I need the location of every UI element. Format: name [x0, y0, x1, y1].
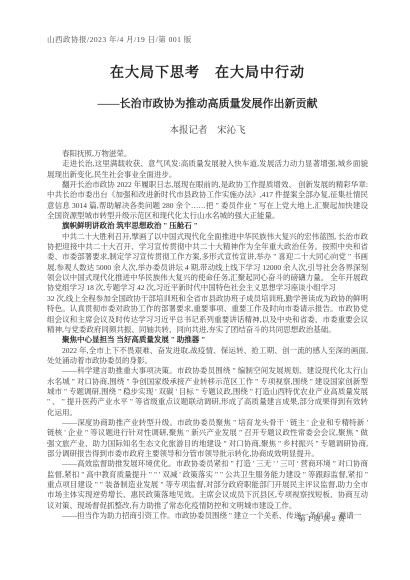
article-paragraph: 走进长治,这里满载收获、意气风发:高质量发展驶入快车道,发展活力动力显著增强,城… — [47, 159, 368, 180]
article-paragraph: ——深度协商助推产业转型升级。市政协委员聚焦 " 培育龙头骨干 ' 链主 ' 企… — [47, 418, 368, 459]
page-title: 在大局下思考 在大局中行动 — [47, 62, 368, 82]
article-subtitle: ——长治市政协为推动高质量发展作出新贡献 — [47, 95, 368, 111]
article-paragraph: 2022 年,全市上下不畏艰难、奋发进取,战疫情、保运转、抢工期、创一流的感人至… — [47, 346, 368, 367]
masthead: 山西政协报/2023 年/4 月/19 日/第 001 版 — [47, 34, 368, 45]
page-indicator: 第 1 页 共 2 页 — [298, 513, 345, 524]
article-paragraph: ——高效监督助推发展环境优化。市政协委员紧扣 " 打造 ' 三无 ' ' 三可 … — [47, 459, 368, 511]
article-paragraph: 春阳抚照,万物滋荣。 — [47, 149, 368, 159]
article-paragraph: 中共二十大胜利召开,擘画了以中国式现代化全面推进中华民族伟大复兴的宏伟蓝图, 长… — [47, 232, 368, 294]
article-paragraph: 翻开长治市政协 2022 年履职日志,展现在眼前的,是政协工作提质增效、 创新发… — [47, 180, 368, 221]
section-heading: 旗帜鲜明讲政治 筑牢思想政治 " 压舱石 " — [47, 221, 368, 231]
byline: 本报记者 宋沁飞 — [47, 122, 368, 136]
article-paragraph: 32 次,线上全程参加全国政协干部培训班和全省市县政协班子成员培训班,勤学善读成… — [47, 294, 368, 335]
article-paragraph: ——科学建言助推重大事项决策。市政协委员围绕 " 编制空间发展规划、建设现代化太… — [47, 366, 368, 418]
article-body: 春阳抚照,万物滋荣。走进长治,这里满载收获、意气风发:高质量发展驶入快车道,发展… — [47, 149, 368, 521]
section-heading: 聚焦中心显担当 当好高质量发展 " 助推器 " — [47, 335, 368, 345]
newspaper-page: 山西政协报/2023 年/4 月/19 日/第 001 版 在大局下思考 在大局… — [0, 0, 410, 580]
